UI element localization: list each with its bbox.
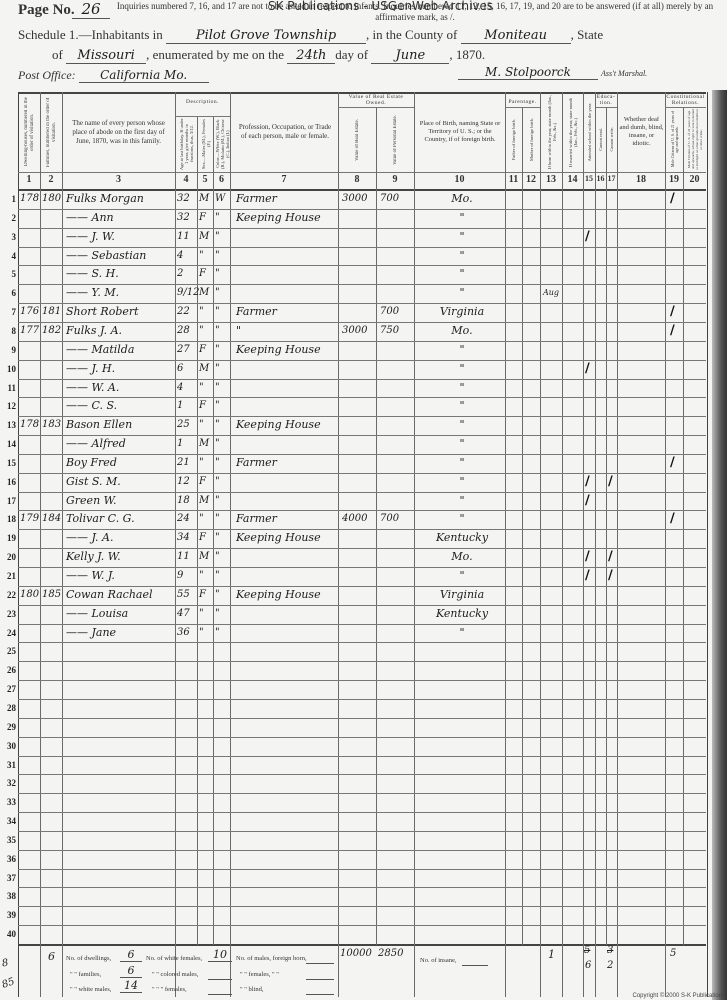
sex-cell: M	[199, 228, 213, 246]
header-name: The name of every person whose place of …	[66, 94, 171, 170]
sex-cell: "	[199, 322, 213, 340]
enumeration-line: of Missouri, enumerated by me on the 24t…	[52, 47, 485, 64]
male-citizen-mark: /	[670, 510, 675, 528]
header-attended-school: Attended school within the year.	[584, 94, 595, 170]
cannot-write-mark: /	[608, 548, 613, 566]
age-cell: 18	[177, 492, 199, 510]
colored-males-label: " " colored males,	[152, 971, 198, 978]
dwelling-number-cell: 178	[20, 190, 40, 208]
sex-cell: M	[199, 360, 213, 378]
age-cell: 55	[177, 586, 199, 604]
post-office-field: California Mo.	[79, 68, 209, 83]
color-cell: "	[215, 209, 229, 227]
real-estate-value-cell	[342, 624, 376, 642]
white-males-label: " " white males,	[70, 986, 111, 993]
colnum: 4	[175, 174, 197, 188]
birthplace-cell: "	[422, 265, 502, 283]
age-cell: 1	[177, 435, 199, 453]
row-number: 37	[2, 873, 16, 883]
header-married-within-year: If married within the year, state month …	[563, 94, 583, 170]
birthplace-cell: "	[422, 510, 502, 528]
color-cell: "	[215, 265, 229, 283]
colnum: 2	[40, 174, 62, 188]
age-cell: 34	[177, 529, 199, 547]
real-estate-value-cell	[342, 605, 376, 623]
row-number: 12	[2, 401, 16, 411]
header-born-within-year: If born within the year, state month (Ja…	[541, 94, 562, 170]
person-name-cell: Fulks J. A.	[66, 322, 186, 340]
dwelling-number-cell	[20, 265, 40, 283]
dwelling-number-cell	[20, 397, 40, 415]
family-number-cell: 184	[42, 510, 62, 528]
row-number: 27	[2, 684, 16, 694]
row-number: 10	[2, 364, 16, 374]
dwelling-number-cell: 180	[20, 586, 40, 604]
sex-cell: F	[199, 265, 213, 283]
real-estate-value-cell	[342, 209, 376, 227]
person-name-cell: Kelly J. W.	[66, 548, 186, 566]
group-constitutional: Constitutional Relations.	[665, 94, 706, 106]
row-number: 21	[2, 571, 16, 581]
color-cell: "	[215, 605, 229, 623]
born-within-year-cell	[543, 586, 561, 604]
row-number: 14	[2, 439, 16, 449]
of-label: of	[52, 47, 63, 62]
born-within-year-cell	[543, 228, 561, 246]
real-estate-value-cell	[342, 341, 376, 359]
color-cell: "	[215, 548, 229, 566]
marshal-signature: M. Stolpoorck	[458, 65, 598, 80]
copyright-notice: Copyright © 2000 S-K Publications	[633, 993, 725, 999]
colnum: 19	[665, 174, 683, 188]
person-name-cell: —— Sebastian	[66, 247, 186, 265]
born-within-year-cell	[543, 265, 561, 283]
person-name-cell: —— Matilda	[66, 341, 186, 359]
row-rule	[18, 699, 706, 700]
dwelling-number-cell	[20, 341, 40, 359]
sex-cell: F	[199, 473, 213, 491]
attended-school-mark: /	[585, 228, 590, 246]
margin-note-2: 85	[1, 976, 17, 991]
header-cannot-write: Cannot write.	[607, 109, 617, 170]
row-number: 31	[2, 760, 16, 770]
colnum: 3	[62, 174, 175, 188]
post-office-line: Post Office: California Mo.	[18, 68, 209, 83]
marshal-label: Ass't Marshal.	[601, 69, 647, 78]
age-cell: 9/12	[177, 284, 199, 302]
birthplace-cell: Kentucky	[422, 605, 502, 623]
state-field: Missouri	[66, 48, 146, 64]
row-rule	[18, 831, 706, 832]
age-cell: 24	[177, 510, 199, 528]
family-number-cell	[42, 284, 62, 302]
personal-estate-value-cell	[380, 454, 414, 472]
insane-value	[462, 957, 488, 966]
born-within-year-cell	[543, 473, 561, 491]
row-rule	[18, 774, 706, 775]
real-estate-value-cell	[342, 529, 376, 547]
personal-estate-value-cell	[380, 397, 414, 415]
real-estate-value-cell	[342, 548, 376, 566]
col-divider	[522, 108, 523, 945]
row-rule	[18, 680, 706, 681]
cannot-write-total: 2	[607, 960, 613, 971]
county-field: Moniteau	[461, 28, 571, 44]
born-within-year-cell	[543, 510, 561, 528]
row-number: 33	[2, 797, 16, 807]
white-females-value: 10	[208, 948, 232, 962]
row-number: 39	[2, 910, 16, 920]
enumerated-label: , enumerated by me on the	[146, 47, 284, 62]
personal-estate-value-cell: 700	[380, 190, 414, 208]
row-number: 13	[2, 420, 16, 430]
born-within-year-cell	[543, 360, 561, 378]
colnum: 20	[683, 174, 706, 188]
colnum: 10	[414, 174, 505, 188]
foreign-females-value	[306, 971, 334, 980]
real-estate-value-cell	[342, 492, 376, 510]
year-label: , 1870.	[449, 47, 485, 62]
foreign-males-label: No. of males, foreign born,	[236, 955, 307, 962]
age-cell: 28	[177, 322, 199, 340]
row-number: 19	[2, 533, 16, 543]
row-number: 6	[2, 288, 16, 298]
row-number: 4	[2, 251, 16, 261]
header-mother-foreign: Mother of foreign birth.	[523, 109, 540, 170]
real-estate-value-cell	[342, 284, 376, 302]
color-cell: "	[215, 492, 229, 510]
colnum: 15	[583, 174, 595, 188]
dwelling-number-cell	[20, 548, 40, 566]
colnum: 5	[197, 174, 213, 188]
dwelling-number-cell: 177	[20, 322, 40, 340]
col-divider	[376, 108, 377, 945]
dwelling-number-cell: 178	[20, 416, 40, 434]
birthplace-cell: Mo.	[422, 548, 502, 566]
foreign-females-label: " " females, " "	[240, 971, 279, 978]
group-rule	[338, 107, 414, 108]
born-within-year-cell	[543, 190, 561, 208]
birthplace-cell: "	[422, 228, 502, 246]
dwelling-number-cell	[20, 567, 40, 585]
occupation-cell: Keeping House	[236, 529, 346, 547]
foreign-males-value	[306, 955, 334, 964]
born-within-year-cell	[543, 529, 561, 547]
row-number: 5	[2, 269, 16, 279]
colnum: 16	[595, 174, 606, 188]
person-name-cell: Cowan Rachael	[66, 586, 186, 604]
color-cell: "	[215, 435, 229, 453]
page-number-value: 26	[72, 0, 110, 19]
birthplace-cell: "	[422, 247, 502, 265]
family-number-cell	[42, 567, 62, 585]
born-within-year-cell	[543, 548, 561, 566]
row-rule	[18, 642, 706, 643]
row-number: 25	[2, 646, 16, 656]
personal-estate-value-cell	[380, 624, 414, 642]
township-field: Pilot Grove Township	[166, 28, 366, 44]
occupation-cell: Keeping House	[236, 416, 346, 434]
colnum: 18	[617, 174, 665, 188]
row-number: 28	[2, 703, 16, 713]
color-cell: "	[215, 322, 229, 340]
person-name-cell: —— J. H.	[66, 360, 186, 378]
male-citizen-mark: /	[670, 454, 675, 472]
row-rule	[18, 718, 706, 719]
occupation-cell	[236, 360, 346, 378]
male-citizen-mark: /	[670, 322, 675, 340]
family-number-cell	[42, 360, 62, 378]
real-estate-value-cell	[342, 397, 376, 415]
header-occupation: Profession, Occupation, or Trade of each…	[236, 94, 334, 170]
dwellings-label: No. of dwellings,	[66, 955, 111, 962]
real-estate-value-cell	[342, 473, 376, 491]
personal-estate-value-cell: 700	[380, 510, 414, 528]
header-real-estate: Value of Real Estate.	[339, 109, 376, 170]
real-estate-value-cell: 3000	[342, 190, 376, 208]
header-father-foreign: Father of foreign birth.	[506, 109, 522, 170]
born-within-year-total: 1	[548, 948, 555, 961]
real-estate-value-cell	[342, 247, 376, 265]
occupation-cell: Keeping House	[236, 586, 346, 604]
sex-cell: "	[199, 567, 213, 585]
blind-label: " " blind,	[240, 986, 264, 993]
family-number-cell	[42, 435, 62, 453]
dwelling-number-cell	[20, 379, 40, 397]
row-number: 35	[2, 835, 16, 845]
personal-estate-value-cell	[380, 586, 414, 604]
occupation-cell	[236, 265, 346, 283]
occupation-cell: Keeping House	[236, 341, 346, 359]
occupation-cell	[236, 548, 346, 566]
attended-school-mark: /	[585, 473, 590, 491]
color-cell: "	[215, 397, 229, 415]
header-married-within-year-text: If married within the year, state month …	[568, 94, 578, 170]
header-color-text: Color.—White (W.), Black (B.), Mulatto (…	[215, 118, 230, 170]
born-within-year-cell	[543, 397, 561, 415]
age-cell: 1	[177, 397, 199, 415]
real-estate-value-cell	[342, 416, 376, 434]
colnum: 17	[606, 174, 617, 188]
real-estate-value-cell: 4000	[342, 510, 376, 528]
header-color: Color.—White (W.), Black (B.), Mulatto (…	[214, 118, 230, 170]
age-cell: 32	[177, 190, 199, 208]
dwellings-value: 6	[120, 948, 142, 962]
male-citizen-mark: /	[670, 190, 675, 208]
family-number-cell	[42, 473, 62, 491]
birthplace-cell: Virginia	[422, 303, 502, 321]
row-number: 23	[2, 609, 16, 619]
age-cell: 9	[177, 567, 199, 585]
sex-cell: M	[199, 190, 213, 208]
personal-estate-value-cell	[380, 567, 414, 585]
age-cell: 27	[177, 341, 199, 359]
dwelling-number-cell	[20, 435, 40, 453]
sex-cell: "	[199, 303, 213, 321]
header-dwelling-text: Dwelling-houses, numbered in the order o…	[24, 94, 36, 170]
colnum: 11	[505, 174, 522, 188]
header-real-estate-text: Value of Real Estate.	[354, 119, 362, 161]
row-number: 18	[2, 514, 16, 524]
color-cell: "	[215, 416, 229, 434]
personal-estate-value-cell	[380, 435, 414, 453]
age-cell: 2	[177, 265, 199, 283]
header-cannot-write-text: Cannot write.	[608, 127, 616, 152]
occupation-cell	[236, 492, 346, 510]
color-cell: "	[215, 624, 229, 642]
personal-estate-value-cell	[380, 529, 414, 547]
age-cell: 11	[177, 228, 199, 246]
families-column-total: 6	[48, 950, 55, 963]
group-parentage: Parentage.	[505, 99, 540, 105]
person-name-cell: —— J. A.	[66, 529, 186, 547]
header-born-within-year-text: If born within the year, state month (Ja…	[547, 94, 557, 170]
sex-cell: "	[199, 605, 213, 623]
row-number: 11	[2, 383, 16, 393]
color-cell: "	[215, 247, 229, 265]
group-real-estate: Value of Real Estate Owned.	[338, 94, 414, 106]
dwelling-number-cell	[20, 209, 40, 227]
sex-cell: F	[199, 209, 213, 227]
occupation-cell: Farmer	[236, 303, 346, 321]
family-number-cell: 181	[42, 303, 62, 321]
birthplace-cell: "	[422, 624, 502, 642]
header-sex-text: Sex.—Males (M.), Females (F.)	[201, 118, 211, 170]
real-estate-value-cell	[342, 360, 376, 378]
birthplace-cell: "	[422, 454, 502, 472]
occupation-cell	[236, 435, 346, 453]
header-male-citizens: Male Citizens of U. S. of 21 years of ag…	[666, 109, 683, 170]
dwelling-number-cell	[20, 492, 40, 510]
occupation-cell	[236, 247, 346, 265]
color-cell: "	[215, 228, 229, 246]
personal-estate-value-cell: 750	[380, 322, 414, 340]
colored-males-value	[208, 971, 232, 980]
occupation-cell	[236, 605, 346, 623]
colnum: 13	[540, 174, 562, 188]
male-citizens-total: 5	[670, 948, 676, 959]
schedule-label: Schedule 1.—Inhabitants in	[18, 27, 163, 42]
color-cell: "	[215, 303, 229, 321]
real-estate-value-cell	[342, 228, 376, 246]
color-cell: "	[215, 284, 229, 302]
group-rule	[505, 107, 540, 108]
row-number: 24	[2, 628, 16, 638]
birthplace-cell: "	[422, 397, 502, 415]
birthplace-cell: "	[422, 473, 502, 491]
age-cell: 21	[177, 454, 199, 472]
born-within-year-cell	[543, 624, 561, 642]
born-within-year-cell	[543, 435, 561, 453]
sex-cell: M	[199, 284, 213, 302]
cannot-write-mark: /	[608, 567, 613, 585]
birthplace-cell: "	[422, 360, 502, 378]
day-field: 24th	[287, 48, 335, 64]
dwelling-number-cell	[20, 284, 40, 302]
person-name-cell: —— J. W.	[66, 228, 186, 246]
occupation-cell: Farmer	[236, 510, 346, 528]
person-name-cell: Gist S. M.	[66, 473, 186, 491]
color-cell: "	[215, 360, 229, 378]
sex-cell: "	[199, 624, 213, 642]
dwelling-number-cell	[20, 624, 40, 642]
group-rule	[595, 107, 617, 108]
dwelling-number-cell	[20, 454, 40, 472]
birthplace-cell: Virginia	[422, 586, 502, 604]
family-number-cell	[42, 529, 62, 547]
age-cell: 22	[177, 303, 199, 321]
color-cell: "	[215, 510, 229, 528]
row-number: 2	[2, 213, 16, 223]
header-attended-school-text: Attended school within the year.	[586, 103, 594, 161]
person-name-cell: —— Y. M.	[66, 284, 186, 302]
row-rule	[18, 756, 706, 757]
color-cell: "	[215, 529, 229, 547]
row-number: 30	[2, 741, 16, 751]
occupation-cell	[236, 567, 346, 585]
occupation-cell: Keeping House	[236, 209, 346, 227]
group-rule	[665, 107, 706, 108]
age-cell: 4	[177, 247, 199, 265]
personal-estate-value-cell: 700	[380, 303, 414, 321]
real-estate-value-cell: 3000	[342, 322, 376, 340]
born-within-year-cell	[543, 322, 561, 340]
post-office-label: Post Office:	[18, 68, 76, 82]
sex-cell: "	[199, 416, 213, 434]
header-dwelling: Dwelling-houses, numbered in the order o…	[19, 94, 40, 170]
family-number-cell	[42, 605, 62, 623]
families-label: " " families,	[70, 971, 101, 978]
white-females-label: No. of white females,	[146, 955, 202, 962]
attended-school-mark: /	[585, 492, 590, 510]
birthplace-cell: "	[422, 567, 502, 585]
family-number-cell	[42, 624, 62, 642]
row-number: 17	[2, 496, 16, 506]
family-number-cell: 185	[42, 586, 62, 604]
personal-estate-value-cell	[380, 209, 414, 227]
sex-cell: "	[199, 454, 213, 472]
dwelling-number-cell	[20, 360, 40, 378]
person-name-cell: —— Ann	[66, 209, 186, 227]
family-number-cell: 180	[42, 190, 62, 208]
dwelling-number-cell	[20, 473, 40, 491]
row-number: 15	[2, 458, 16, 468]
insane-label: No. of insane,	[420, 957, 456, 964]
family-number-cell: 183	[42, 416, 62, 434]
row-rule	[18, 812, 706, 813]
occupation-cell	[236, 284, 346, 302]
row-number: 3	[2, 232, 16, 242]
family-number-cell	[42, 379, 62, 397]
group-education: Educa-tion.	[595, 94, 617, 106]
blind-value	[306, 986, 334, 995]
dwelling-number-cell	[20, 247, 40, 265]
age-cell: 4	[177, 379, 199, 397]
header-cannot-read-text: Cannot read.	[597, 128, 605, 151]
sex-cell: M	[199, 492, 213, 510]
real-estate-value-cell	[342, 586, 376, 604]
group-rule	[175, 116, 230, 117]
row-rule	[18, 661, 706, 662]
group-description: Description.	[175, 99, 230, 105]
born-within-year-cell	[543, 209, 561, 227]
header-personal-estate: Value of Personal Estate.	[377, 109, 414, 170]
row-number: 32	[2, 778, 16, 788]
header-family: Families, numbered in the order of visit…	[41, 94, 62, 170]
header-age: Age at last birthday. If under 1 year, g…	[176, 118, 197, 170]
header-father-foreign-text: Father of foreign birth.	[510, 119, 518, 160]
school-total-struck: 5	[584, 945, 590, 956]
